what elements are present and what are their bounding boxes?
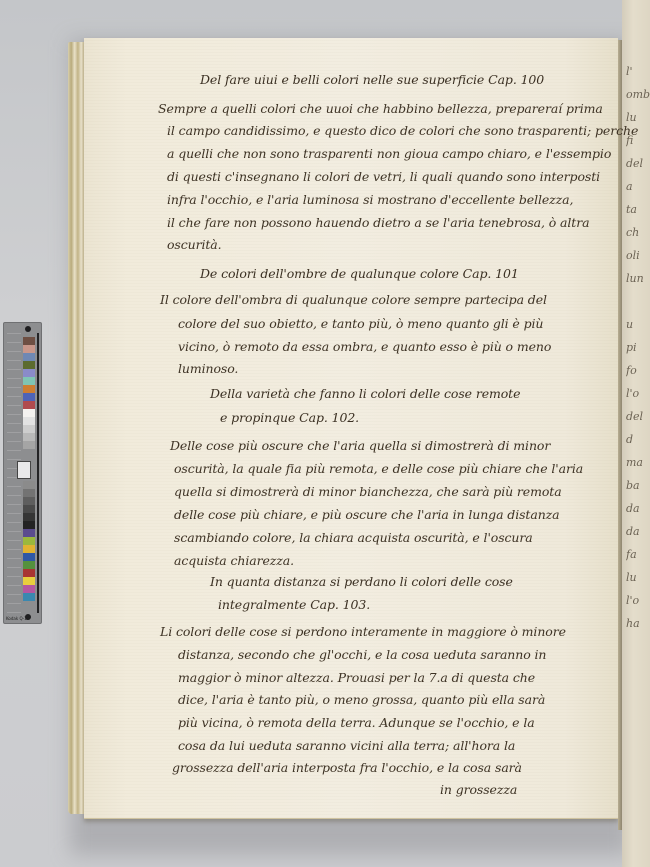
text-line: scambiando colore, la chiara acquista os… (174, 530, 533, 545)
text-line: quella si dimostrerà di minor bianchezza… (174, 484, 562, 499)
text-line: distanza, secondo che gl'occhi, e la cos… (178, 647, 546, 662)
text-line: maggior ò minor altezza. Prouasi per la … (178, 670, 535, 685)
chapter-heading: Del fare uiui e belli colori nelle sue s… (200, 72, 544, 87)
manuscript-text: Del fare uiui e belli colori nelle sue s… (0, 0, 650, 867)
text-line: oscurità, la quale fia più remota, e del… (174, 461, 583, 476)
catchword: in grossezza (440, 782, 517, 797)
chapter-heading: e propinque Cap. 102. (220, 410, 359, 425)
chapter-heading: Della varietà che fanno li colori delle … (210, 386, 520, 401)
text-line: infra l'occhio, e l'aria luminosa si mos… (167, 192, 573, 207)
chapter-heading: De colori dell'ombre de qualunque colore… (200, 266, 519, 281)
text-line: oscurità. (167, 237, 222, 252)
text-line: acquista chiarezza. (174, 553, 294, 568)
text-line: Delle cose più oscure che l'aria quella … (170, 438, 550, 453)
text-line: colore del suo obietto, e tanto più, ò m… (178, 316, 543, 331)
text-line: cosa da lui ueduta saranno vicini alla t… (178, 738, 515, 753)
text-line: il che fare non possono hauendo dietro a… (167, 215, 589, 230)
text-line: vicino, ò remoto da essa ombra, e quanto… (178, 339, 551, 354)
text-line: delle cose più chiare, e più oscure che … (174, 507, 560, 522)
text-line: di questi c'insegnano li colori de vetri… (167, 169, 600, 184)
text-line: Il colore dell'ombra di qualunque colore… (160, 292, 547, 307)
text-line: luminoso. (178, 361, 238, 376)
text-line: a quelli che non sono trasparenti non gi… (167, 146, 611, 161)
text-line: Li colori delle cose si perdono interame… (160, 624, 566, 639)
text-line: grossezza dell'aria interposta fra l'occ… (172, 760, 522, 775)
text-line: Sempre a quelli colori che uuoi che habb… (158, 101, 603, 116)
text-line: più vicina, ò remota della terra. Adunqu… (178, 715, 535, 730)
text-line: dice, l'aria è tanto più, o meno grossa,… (178, 692, 545, 707)
chapter-heading: integralmente Cap. 103. (218, 597, 370, 612)
text-line: il campo candidissimo, e questo dico de … (167, 123, 638, 138)
chapter-heading: In quanta distanza si perdano li colori … (210, 574, 513, 589)
